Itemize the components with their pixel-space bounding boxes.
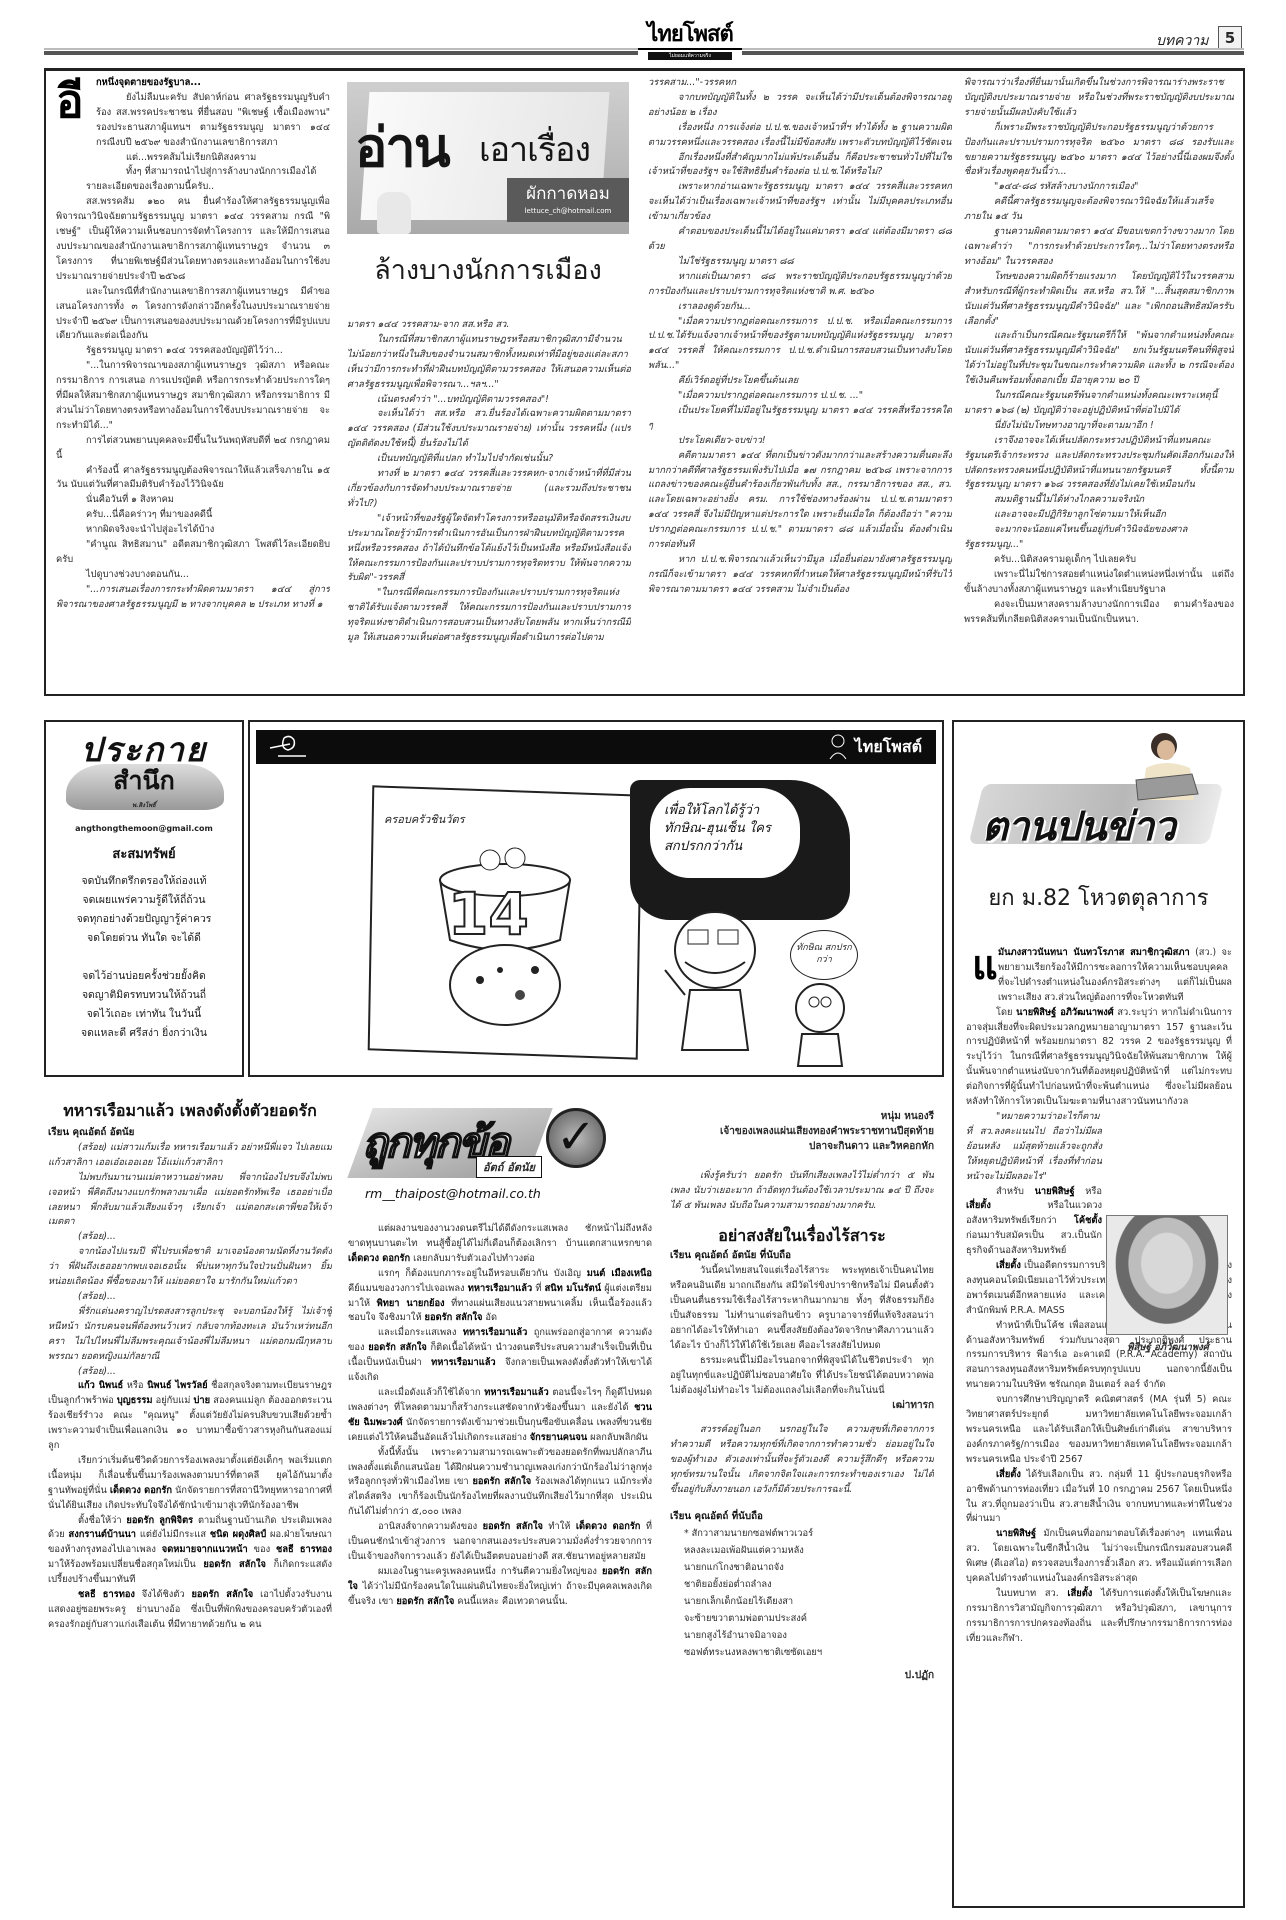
paragraph: ประโยคเดียว-จบข่าว!: [648, 434, 952, 449]
paragraph: คำร้องนี้ ศาลรัฐธรรมนูญต้องพิจารณาให้แล้…: [56, 464, 330, 494]
letter-salutation: เรียน คุณอัตถ์ อัตนัย: [48, 1126, 332, 1141]
poem-line: จดเผยแพร่ความรู้ดีให้ถี่ถ้วน: [46, 891, 242, 910]
paragraph: เพิ่งรู้ครับว่า ยอดรัก บันทึกเสียงเพลงไว…: [670, 1169, 934, 1214]
logo-text: ไทยโพสต์: [638, 22, 742, 50]
mascot-icon: [826, 733, 850, 761]
paragraph: สวรรค์อยู่ในอก นรกอยู่ในใจ ความสุขที่เกิ…: [670, 1423, 934, 1498]
paragraph: จะเห็นได้ว่า สส.หรือ สว.ยื่นร้องได้เฉพาะ…: [347, 407, 631, 452]
poem-lines: จดบันทึกตรึกตรองให้ถ่องแท้จดเผยแพร่ความร…: [46, 872, 242, 1043]
paragraph: "คำนูณ สิทธิสมาน" อดีตสมาชิกวุฒิสภา โพสต…: [56, 538, 330, 568]
paragraph: ไม่พบกันมานานแม่ตาหวานอย่าหลบ พี่จากน้อง…: [48, 1171, 332, 1231]
poem-line: นายกแก่โกงชาติอนาถจัง: [670, 1559, 934, 1576]
paragraph: จากน้องไปแรมปี พี่ไปรบเพื่อชาติ มาเจอน้อ…: [48, 1245, 332, 1290]
portrait-photo[interactable]: [1106, 1215, 1228, 1335]
cartoon-header-bar: ไทยโพสต์: [256, 730, 936, 764]
article-title: ทหารเรือมาแล้ว เพลงดังตั้งตัวยอดรัก: [48, 1100, 332, 1122]
paragraph: (สร้อย)...: [48, 1230, 332, 1245]
paragraph: แรกๆ ก็ต้องแบกภาระอยู่ในอีหรอบเดียวกัน บ…: [348, 1267, 652, 1327]
paragraph: ครับ...นี่คือคร่าวๆ ที่มาของคดีนี้: [56, 508, 330, 523]
paragraph: เน้นตรงคำว่า "...บทบัญญัติตามวรรคสอง"!: [347, 393, 631, 408]
cartoon-brand: ไทยโพสต์: [855, 735, 922, 760]
poem-line: นายกเล็กเด็กน้อยไร้เดียงสา: [670, 1593, 934, 1610]
paragraph: นั่นคือวันที่ ๑ สิงหาคม: [56, 493, 330, 508]
poem-line: จดแหละดี ศรีสง่า ยิ่งกว่าเงิน: [46, 1024, 242, 1043]
paragraph: ฐานความผิดตามมาตรา ๑๔๔ มีขอบเขตกว้างขวาง…: [964, 225, 1234, 270]
poem-logo: ประกาย สำนึก พ.สิงโพธิ์: [46, 730, 242, 822]
paragraph: "หมายความว่าอะไรก็ตามที่ สว.ลงคะแนนไป ถื…: [966, 1110, 1102, 1185]
paragraph: ผมเองในฐานะครูเพลงคนหนึ่ง การันตีความยิ่…: [348, 1565, 652, 1610]
paragraph: "...การเสนอเรื่องการกระทำผิดตามมาตรา ๑๔๔…: [56, 583, 330, 613]
speech-bubble-small: ทักษิณ สกปรกกว่า: [790, 930, 858, 980]
page-number: 5: [1218, 26, 1242, 48]
cartoonist-mascot-icon: [266, 734, 316, 760]
paragraph: "ในกรณีที่คณะกรรมการป้องกันและปราบปรามกา…: [347, 586, 631, 646]
paragraph: ทั้งนี้ทั้งนั้น เพราะความสามารถเฉพาะตัวข…: [348, 1446, 652, 1521]
paragraph: คดีนี้ศาลรัฐธรรมนูญจะต้องพิจารณาวินิจฉัย…: [964, 195, 1234, 225]
banner-title-big: อ่าน: [355, 118, 449, 178]
paragraph: ในกรณีที่สมาชิกสภาผู้แทนราษฎรหรือสมาชิกว…: [347, 333, 631, 393]
photo-caption: พิสิษฐ์ อภิวัฒนาพงศ์: [1100, 1340, 1236, 1355]
cartoon-illustration[interactable]: ครอบครัวชินวัตร 14 เพื่อให้โลกได้รู้ว่า …: [350, 780, 870, 1070]
paragraph: และอาจจะมีปฏิกิริยาลูกโซ่ตามมาให้เห็นอีก: [964, 508, 1234, 523]
letter-signature: ป.ปฏัก: [670, 1669, 934, 1684]
paragraph: และถ้าเป็นกรณีคณะรัฐมนตรีก็ให้ "พ้นจากตำ…: [964, 329, 1234, 389]
column-banner: อ่าน เอาเรื่อง ผักกาดหอม lettuce_ch@hotm…: [347, 82, 629, 234]
article-column-2: มาตรา ๑๔๔ วรรคสาม-จาก สส.หรือ สว.ในกรณีท…: [347, 318, 631, 690]
letters-column-3: หนุ่ม หนองรีเจ้าของเพลงแผ่นเสียงทองคำพระ…: [670, 1110, 934, 1906]
paragraph: เพราะนี่ไม่ใช่การสอยตำแหน่งใดตำแหน่งหนึ่…: [964, 568, 1234, 598]
paragraph: อีกเรื่องหนึ่งที่สำคัญมากไม่แพ้ประเด็นอื…: [648, 151, 952, 181]
paragraph: ทางที่ ๒ มาตรา ๑๔๔ วรรคสี่และวรรคหก-จากเ…: [347, 467, 631, 512]
newspaper-logo[interactable]: ไทยโพสต์ ไม่ยอมแพ้ความจริง: [638, 22, 742, 64]
paragraph: ไปดูบางช่วงบางตอนกัน...: [56, 568, 330, 583]
article-column-4: พิจารณาว่าเรื่องที่ยื่นมานั้นเกิดขึ้นในช…: [964, 76, 1234, 688]
paragraph: โทษของความผิดก็ร้ายแรงมาก โดยบัญญัติไว้ใ…: [964, 270, 1234, 330]
paragraph: อานิสงส์จากความดังของ ยอดรัก สลักใจ ทำให…: [348, 1520, 652, 1565]
poem-line: จดทุกอย่างด้วยปัญญารู้ค่าควร: [46, 910, 242, 929]
paragraph: มาตรา ๑๔๔ วรรคสาม-จาก สส.หรือ สว.: [347, 318, 631, 333]
paragraph: การไต่สวนพยานบุคคลจะมีขึ้นในวันพฤหัสบดีท…: [56, 434, 330, 464]
paragraph: เรียกว่าเริ่มต้นชีวิตด้วยการร้องเพลงมาตั…: [48, 1454, 332, 1514]
poem-line: จดโดยด่วน ทันใด จะได้ดี: [46, 929, 242, 948]
paragraph: สำหรับ นายพิสิษฐ์ หรือ เสี่ยตั้ง หรือในแ…: [966, 1185, 1102, 1260]
letter-salutation: เรียน คุณอัตถ์ ที่นับถือ: [670, 1510, 934, 1525]
paragraph: ชลธี ธารทอง จึงได้ชิงตัว ยอดรัก สลักใจ เ…: [48, 1588, 332, 1633]
letters-column-logo: ถูกทุกข้อ ✓ อัตถ์ อัตนัย: [350, 1100, 640, 1190]
paragraph: "เจ้าหน้าที่ของรัฐผู้ใดจัดทำโครงการหรืออ…: [347, 512, 631, 587]
paragraph: (สร้อย)...: [48, 1290, 332, 1305]
paragraph: นี่ยังไม่นับโทษทางอาญาที่จะตามมาอีก !: [964, 419, 1234, 434]
letter-signature: หนุ่ม หนองรี: [670, 1110, 934, 1125]
paragraph: เรื่องหนึ่ง การแจ้งต่อ ป.ป.ช.ของเจ้าหน้า…: [648, 121, 952, 151]
stanza-gap: [46, 948, 242, 967]
poem-title: สะสมทรัพย์: [46, 843, 242, 864]
paragraph: และในกรณีที่สำนักงานเลขาธิการสภาผู้แทนรา…: [56, 285, 330, 345]
paragraph: แก้ว นิพนธ์ หรือ นิพนธ์ ไพรวัลย์ ชื่อสกุ…: [48, 1379, 332, 1454]
paragraph: ในบทบาท สว. เสี่ยตั้ง ได้รับการแต่งตั้งใ…: [966, 1587, 1232, 1647]
speech-bubble-main: เพื่อให้โลกได้รู้ว่า ทักษิณ-ฮุนเซ็น ใครส…: [650, 788, 800, 878]
paragraph: วันนี้คนไทยสนใจแต่เรื่องไร้สาระ พระพุทธเ…: [670, 1264, 934, 1353]
paragraph: วรรคสาม..."-วรรคหก: [648, 76, 952, 91]
easel-caption: ครอบครัวชินวัตร: [384, 810, 465, 828]
paragraph: (สร้อย)...: [48, 1365, 332, 1380]
letters-author: อัตถ์ อัตนัย: [476, 1156, 542, 1178]
paragraph: และเมื่อดังแล้วก็ใช้ได้จาก ทหารเรือมาแล้…: [348, 1386, 652, 1446]
paragraph: เสี่ยตั้ง ได้รับเลือกเป็น สว. กลุ่มที่ 1…: [966, 1468, 1232, 1528]
poem-line: นายกสูงไร้อำนาจมิอาจอง: [670, 1627, 934, 1644]
letter-signature: เฒ่าทารก: [670, 1399, 934, 1414]
paragraph: เราจึงอาจจะได้เห็นปลัดกระทรวงปฏิบัติหน้า…: [964, 434, 1234, 494]
paragraph: ครับ...นิติสงครามดูเด็กๆ ไปเลยครับ: [964, 553, 1234, 568]
paragraph: ไม่ใช่รัฐธรรมนูญ มาตรา ๘๘: [648, 255, 952, 270]
paragraph: รายละเอียดของเรื่องตามนี้ครับ..: [56, 180, 330, 195]
paragraph: (สร้อย) แม่สาวแก้มเรื่อ ทหารเรือมาแล้ว อ…: [48, 1141, 332, 1171]
paragraph: สมมติฐานนี้ไม่ได้ห่างไกลความจริงนัก: [964, 493, 1234, 508]
paragraph: ตั้งชื่อให้ว่า ยอดรัก ลูกพิจิตร ตามถิ่นฐ…: [48, 1514, 332, 1589]
paragraph: ธรรมะคนนี้ไม่มีอะไรนอกจากที่พิสูจน์ได้ใน…: [670, 1354, 934, 1399]
poem-line: จดไว้อ่านบ่อยครั้งช่วยยั้งคิด: [46, 967, 242, 986]
paragraph: จบการศึกษาปริญญาตรี คณิตศาสตร์ (MA รุ่นท…: [966, 1393, 1232, 1468]
paragraph: เราลองดูด้วยกัน...: [648, 300, 952, 315]
letters-article-1-title: ทหารเรือมาแล้ว เพลงดังตั้งตัวยอดรัก: [48, 1100, 332, 1122]
letters-email[interactable]: rm__thaipost@hotmail.co.th: [365, 1186, 541, 1201]
paragraph: จะมากจะน้อยแค่ไหนขึ้นอยู่กับคำวินิจฉัยขอ…: [964, 523, 1234, 553]
hand-graphic: [377, 192, 411, 234]
poem-line: จดบันทึกตรึกตรองให้ถ่องแท้: [46, 872, 242, 891]
paragraph: กหนึ่งจุดตายของรัฐบาล...: [56, 76, 330, 91]
character-thaksin-icon: [660, 900, 770, 1070]
paragraph: มันภงสาวนันทนา นันทวโรภาส สมาชิกวุฒิสภา …: [966, 946, 1232, 1006]
letter-salutation: เรียน คุณอัตถ์ อัตนัย ที่นับถือ: [670, 1249, 934, 1264]
character-small-icon: [780, 980, 860, 1070]
paragraph: หากแต่เป็นมาตรา ๘๘ พระราชบัญญัติประกอบรั…: [648, 270, 952, 300]
news-column-body: มันภงสาวนันทนา นันทวโรภาส สมาชิกวุฒิสภา …: [966, 946, 1232, 1901]
paragraph: "เมื่อความปรากฏต่อคณะกรรมการ ป.ป.ช. หรือ…: [648, 315, 952, 375]
paragraph: คดีตามมาตรา ๑๔๔ ที่ตกเป็นข่าวดังมากกว่าแ…: [648, 449, 952, 553]
poem-line: จดไว้เถอะ เท่าทัน ในวันนี้: [46, 1005, 242, 1024]
paragraph: และเมื่อกระแสเพลง ทหารเรือมาแล้ว ถูกแพร่…: [348, 1326, 652, 1386]
article-column-1: กหนึ่งจุดตายของรัฐบาล...ยังไม่ลืมนะครับ …: [56, 76, 330, 688]
checkmark-icon: ✓: [546, 1108, 606, 1168]
paragraph: "๑๔๔-๘๘ รหัสล้างบางนักการเมือง": [964, 180, 1234, 195]
letters-column-1: เรียน คุณอัตถ์ อัตนัย(สร้อย) แม่สาวแก้มเ…: [48, 1126, 332, 1906]
paragraph: หากผิดจริงจะนำไปสู่อะไรได้บ้าง: [56, 523, 330, 538]
article-headline: ล้างบางนักการเมือง: [347, 254, 629, 288]
paragraph: รัฐธรรมนูญ มาตรา ๑๔๔ วรรคสองบัญญัติไว้ว่…: [56, 344, 330, 359]
poem-line: จะซ้ายขวาตามพ่อตามประสงค์: [670, 1610, 934, 1627]
author-email[interactable]: lettuce_ch@hotmail.com: [507, 206, 629, 216]
poem-line: หลงละเมอเพ้อฝันแต่ความหลัง: [670, 1542, 934, 1559]
poem-line: ชาติยอยั้งย่อต่ำถลำลง: [670, 1576, 934, 1593]
paragraph: "เมื่อความปรากฏต่อคณะกรรมการ ป.ป.ช. ...": [648, 389, 952, 404]
letter-signature: ปลาจะกินดาว และวิหคอกหัก: [670, 1140, 934, 1155]
paragraph: เพราะหากอ่านเฉพาะรัฐธรรมนูญ มาตรา ๑๔๔ วร…: [648, 180, 952, 225]
paragraph: คีย์เวิร์ดอยู่ที่ประโยคขึ้นต้นเลย: [648, 374, 952, 389]
paragraph: ทั้งๆ ที่สามารถนำไปสู่การล้างบางนักการเม…: [56, 165, 330, 180]
poem-author: พ.สิงโพธิ์: [46, 800, 242, 810]
paragraph: พี่รักแต่นงคราญไปรดสงสารลูกประชุ จะบอกน้…: [48, 1305, 332, 1365]
logo-tagline: ไม่ยอมแพ้ความจริง: [648, 52, 732, 60]
news-logo-text: ตานปนข่าว: [982, 794, 1175, 858]
news-column-logo: ตานปนข่าว: [952, 728, 1245, 858]
cartoon-box: ไทยโพสต์ ครอบครัวชินวัตร 14 เพื่อให้โลกไ…: [248, 720, 944, 1077]
section-label: บทความ: [1156, 30, 1208, 52]
paragraph: หาก ป.ป.ช.พิจารณาแล้วเห็นว่ามีมูล เมื่อย…: [648, 553, 952, 598]
paragraph: "...ในการพิจารณาของสภาผู้แทนราษฎร วุฒิสภ…: [56, 359, 330, 434]
poem-line: ซอฟต์ทระนงหลงพาชาติเซซัดเอยฯ: [670, 1644, 934, 1661]
easel-number: 14: [448, 880, 529, 948]
paragraph: จากบทบัญญัติในทั้ง ๒ วรรค จะเห็นได้ว่ามี…: [648, 91, 952, 121]
news-headline: ยก ม.82 โหวตตุลาการ: [952, 880, 1245, 915]
paragraph: เป็นบทบัญญัติที่แปลก ทำไมไปจำกัดเช่นนั้น…: [347, 452, 631, 467]
paragraph: โดย นายพิสิษฐ์ อภิวัฒนาพงศ์ สว.ระบุว่า ห…: [966, 1006, 1232, 1110]
article-title: อย่าสงสัยในเรื่องไร้สาระ: [670, 1225, 934, 1247]
author-name: ผักกาดหอม: [507, 182, 629, 206]
author-tag: ผักกาดหอม lettuce_ch@hotmail.com: [507, 178, 629, 222]
paragraph: พิจารณาว่าเรื่องที่ยื่นมานั้นเกิดขึ้นในช…: [964, 76, 1234, 121]
poem-email[interactable]: angthongthemoon@gmail.com: [46, 824, 242, 833]
letters-column-2: แต่ผลงานของงานวงดนตรีไม่ได้ดีดังกระแสเพล…: [348, 1222, 652, 1906]
paragraph: ยังไม่ลืมนะครับ สัปดาห์ก่อน ศาลรัฐธรรมนู…: [56, 91, 330, 151]
paragraph: สส.พรรคส้ม ๑๒๐ คน ยื่นคำร้องให้ศาลรัฐธรร…: [56, 195, 330, 284]
banner-title-small: เอาเรื่อง: [479, 130, 590, 170]
paragraph: ในกรณีคณะรัฐมนตรีพ้นจากตำแหน่งทั้งคณะเพร…: [964, 389, 1234, 419]
poem-line: * สักวาสามนายกซอฟต์พาวเวอร์: [670, 1525, 934, 1542]
paragraph: แต่...พรรคส้มไม่เรียกนิติสงคราม: [56, 151, 330, 166]
paragraph: แต่ผลงานของงานวงดนตรีไม่ได้ดีดังกระแสเพล…: [348, 1222, 652, 1267]
poem-line: จดญาติมิตรทบทวนให้ถ้วนถี่: [46, 986, 242, 1005]
letter-signature: เจ้าของเพลงแผ่นเสียงทองคำพระราชทานปีสุดท…: [670, 1125, 934, 1140]
paragraph: คำตอบของประเด็นนี้ไม่ได้อยู่ในแค่มาตรา ๑…: [648, 225, 952, 255]
poem-logo-name: สำนึก: [46, 764, 242, 798]
article-column-3: วรรคสาม..."-วรรคหกจากบทบัญญัติในทั้ง ๒ ว…: [648, 76, 952, 688]
paragraph: คงจะเป็นมหาสงครามล้างบางนักการเมือง ตามค…: [964, 598, 1234, 628]
paragraph: เป็นประโยคที่ไม่มีอยู่ในรัฐธรรมนูญ มาตรา…: [648, 404, 952, 434]
poem-box: ประกาย สำนึก พ.สิงโพธิ์ angthongthemoon@…: [44, 720, 244, 1077]
paragraph: ก็เพราะมีพระราชบัญญัติประกอบรัฐธรรมนูญว่…: [964, 121, 1234, 181]
paragraph: นายพิสิษฐ์ มักเป็นคนที่ออกมาตอบโต้เรื่อง…: [966, 1527, 1232, 1587]
